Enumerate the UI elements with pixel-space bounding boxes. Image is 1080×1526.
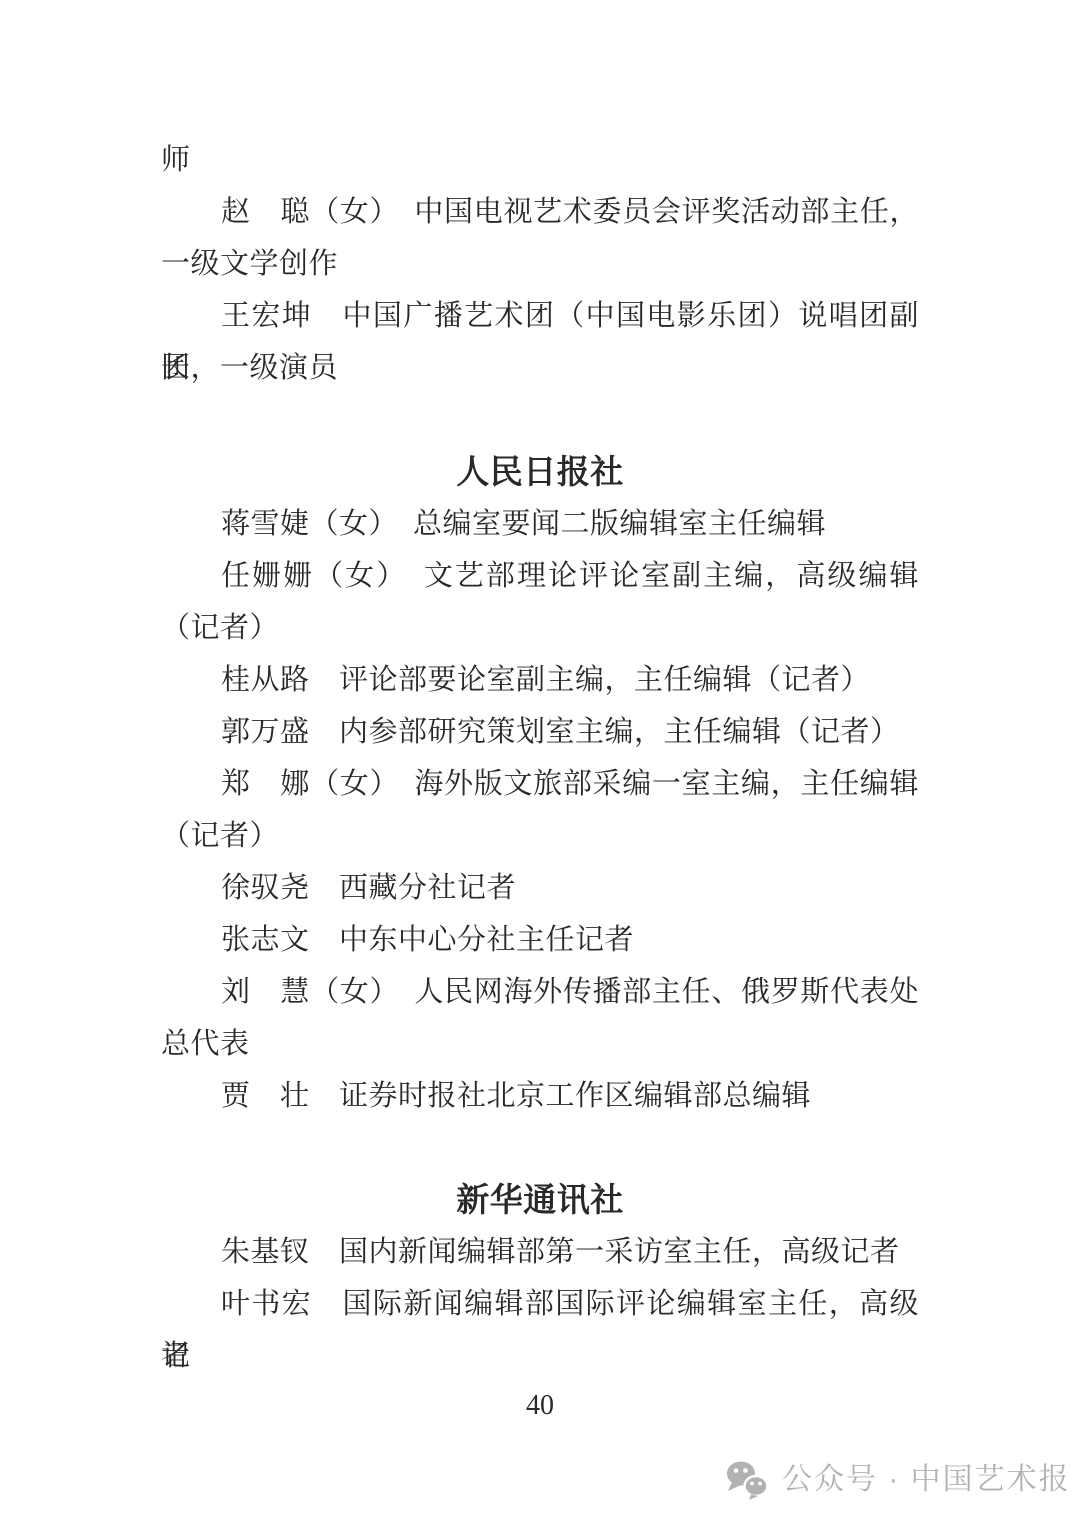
document-line: 长，一级演员 bbox=[161, 342, 919, 394]
document-page: 师 赵 聪（女） 中国电视艺术委员会评奖活动部主任， 一级文学创作 王宏坤 中国… bbox=[0, 0, 1080, 1526]
document-line: 朱基钗 国内新闻编辑部第一采访室主任，高级记者 bbox=[161, 1226, 919, 1278]
page-number: 40 bbox=[0, 1386, 1080, 1426]
document-line: 刘 慧（女） 人民网海外传播部主任、俄罗斯代表处 bbox=[161, 966, 919, 1018]
document-line: （记者） bbox=[161, 602, 919, 654]
document-line: 郭万盛 内参部研究策划室主编，主任编辑（记者） bbox=[161, 706, 919, 758]
document-line: 任姗姗（女） 文艺部理论评论室副主编，高级编辑 bbox=[161, 550, 919, 602]
document-line: 赵 聪（女） 中国电视艺术委员会评奖活动部主任， bbox=[161, 186, 919, 238]
document-line: 贾 壮 证券时报社北京工作区编辑部总编辑 bbox=[161, 1070, 919, 1122]
document-line: 叶书宏 国际新闻编辑部国际评论编辑室主任，高级记 bbox=[161, 1278, 919, 1330]
document-line: 桂从路 评论部要论室副主编，主任编辑（记者） bbox=[161, 654, 919, 706]
document-line: 总代表 bbox=[161, 1018, 919, 1070]
document-line: 师 bbox=[161, 134, 919, 186]
document-line: （记者） bbox=[161, 810, 919, 862]
section-heading: 人民日报社 bbox=[161, 446, 919, 498]
wechat-watermark: 公众号 · 中国艺术报 bbox=[726, 1458, 1071, 1502]
document-line: 王宏坤 中国广播艺术团（中国电影乐团）说唱团副团 bbox=[161, 290, 919, 342]
section-heading: 新华通讯社 bbox=[161, 1174, 919, 1226]
watermark-label: 公众号 · 中国艺术报 bbox=[782, 1458, 1071, 1502]
document-body: 师 赵 聪（女） 中国电视艺术委员会评奖活动部主任， 一级文学创作 王宏坤 中国… bbox=[161, 134, 919, 1382]
document-line: 一级文学创作 bbox=[161, 238, 919, 290]
paragraph-gap bbox=[161, 394, 919, 446]
document-line: 郑 娜（女） 海外版文旅部采编一室主编，主任编辑 bbox=[161, 758, 919, 810]
document-line: 蒋雪婕（女） 总编室要闻二版编辑室主任编辑 bbox=[161, 498, 919, 550]
document-line: 者 bbox=[161, 1330, 919, 1382]
paragraph-gap bbox=[161, 1122, 919, 1174]
document-line: 徐驭尧 西藏分社记者 bbox=[161, 862, 919, 914]
wechat-icon bbox=[726, 1460, 770, 1500]
document-line: 张志文 中东中心分社主任记者 bbox=[161, 914, 919, 966]
